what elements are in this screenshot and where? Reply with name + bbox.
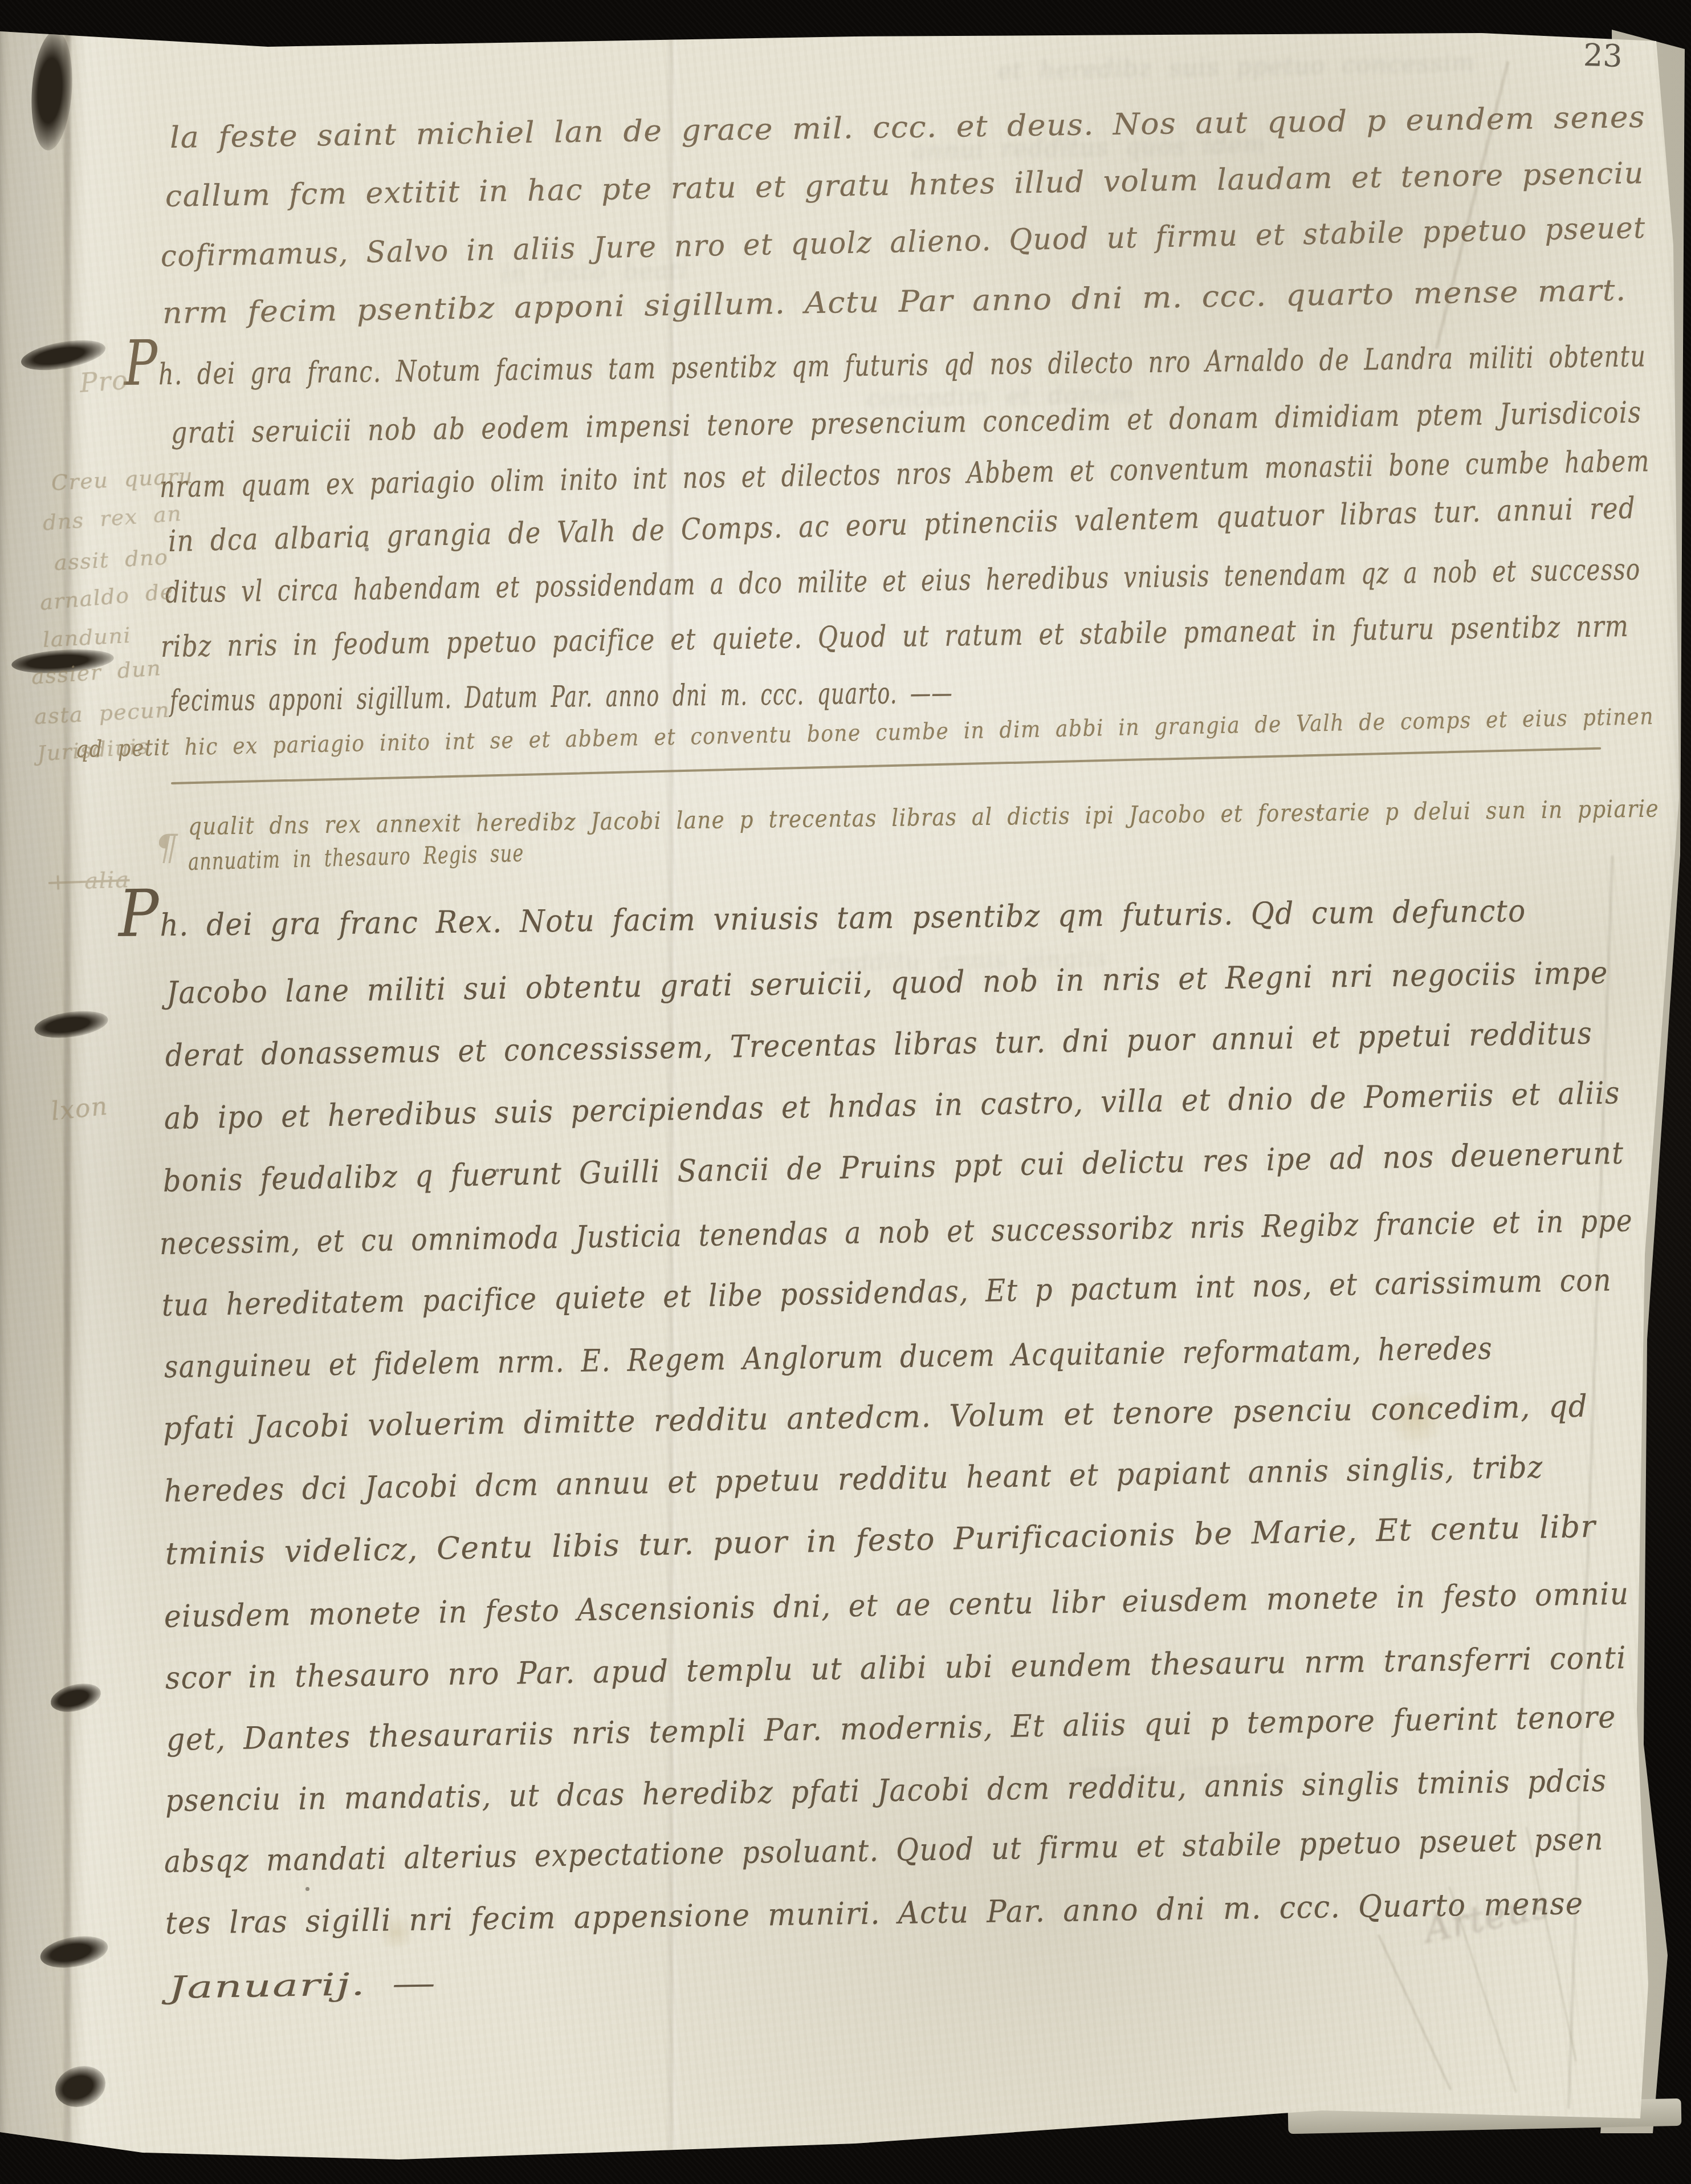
manuscript-line: derat donassemus et concessissem, Trecen… <box>165 1015 1593 1073</box>
manuscript-line: callum fcm extitit in hac pte ratu et gr… <box>165 156 1645 214</box>
manuscript-line: cofirmamus, Salvo in aliis Jure nro et q… <box>160 211 1646 274</box>
manuscript-line: in dca albaria grangia de Valh de Comps.… <box>168 491 1636 559</box>
show-through-text: concedim et donam <box>866 380 1135 413</box>
margin-annotation: landuni <box>42 623 132 652</box>
wrinkle <box>1378 1934 1452 2091</box>
manuscript-line: ab ipo et heredibus suis percipiendas et… <box>164 1075 1620 1136</box>
manuscript-line: get, Dantes thesaurariis nris templi Par… <box>166 1699 1617 1758</box>
show-through-text: redditu annis singlis <box>826 944 1109 977</box>
manuscript-line: sanguineu et fidelem nrm. E. Regem Anglo… <box>164 1330 1493 1385</box>
manuscript-line: eiusdem monete in festo Ascensionis dni,… <box>164 1576 1629 1634</box>
folio-number: 23 <box>1583 37 1623 74</box>
manuscript-line: necessim, et cu omnimoda Justicia tenend… <box>160 1202 1633 1262</box>
margin-annotation: + alia <box>48 867 130 896</box>
manuscript-line: ribz nris in feodum ppetuo pacifice et q… <box>161 609 1629 664</box>
show-through-text: thesauro nro templi <box>1168 1458 1442 1490</box>
manuscript-line: absqz mandati alterius expectatione psol… <box>164 1821 1604 1880</box>
manuscript-line: Ph. dei gra franc Rex. Notu facim vniusi… <box>119 893 1526 943</box>
manuscript-line: Januarij. — <box>168 1965 437 2006</box>
manuscript-line: pfati Jacobi voluerim dimitte redditu an… <box>163 1388 1588 1446</box>
margin-annotation: Pro <box>79 364 129 398</box>
manuscript-line: annuatim in thesauro Regis sue <box>188 839 524 876</box>
wrinkle <box>1525 1827 1576 2061</box>
margin-annotation: ¶ <box>155 827 178 868</box>
manuscript-line: psenciu in mandatis, ut dcas heredibz pf… <box>165 1763 1607 1819</box>
manuscript-line: bonis feudalibz q fuerunt Guilli Sancii … <box>162 1135 1624 1199</box>
manuscript-line: scor in thesauro nro Par. apud templu ut… <box>165 1640 1627 1696</box>
manuscript-line: la feste saint michiel lan de grace mil.… <box>170 100 1646 155</box>
manuscript-line: tes lras sigilli nri fecim appensione mu… <box>165 1885 1584 1941</box>
show-through-text: et heredibz suis ppetuo concessim <box>997 48 1476 85</box>
manuscript-line: nrm fecim psentibz apponi sigillum. Actu… <box>162 274 1627 331</box>
manuscript-line: tua hereditatem pacifice quiete et libe … <box>161 1262 1612 1323</box>
ink-speck <box>305 1887 309 1891</box>
show-through-text: annui redditus quos idem <box>912 131 1266 165</box>
photo-backdrop: 23 la feste saint michiel lan de grace m… <box>0 0 1691 2184</box>
gutter-crease <box>64 0 71 2184</box>
show-through-text: in festo beati <box>502 256 688 287</box>
show-through-text: mense januario <box>1083 1755 1290 1787</box>
manuscript-line: ditus vl circa habendam et possidendam a… <box>165 552 1641 610</box>
margin-annotation: lxon <box>50 1092 109 1126</box>
manuscript-line: fecimus apponi sigillum. Datum Par. anno… <box>170 676 953 718</box>
manuscript-line: tminis videlicz, Centu libis tur. puor i… <box>165 1508 1596 1572</box>
manuscript-page: 23 la feste saint michiel lan de grace m… <box>0 0 1691 2184</box>
show-through-text: pariagio inito int se <box>399 804 656 833</box>
